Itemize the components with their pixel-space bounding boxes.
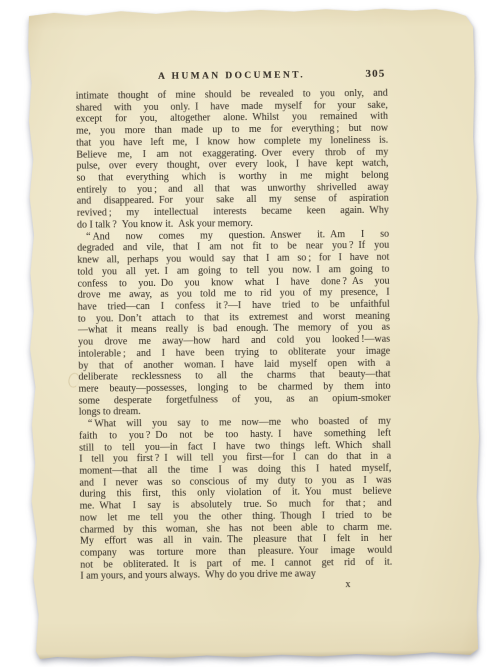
paragraph: intimate thought of mine should be revea… xyxy=(76,88,389,232)
book-page: A HUMAN DOCUMENT. 305 intimate thought o… xyxy=(26,7,482,661)
page-number: 305 xyxy=(365,68,385,80)
signature-mark: x xyxy=(345,579,350,590)
running-header-title: A HUMAN DOCUMENT. xyxy=(75,70,387,83)
paragraph: “ And now comes my question. Answer it. … xyxy=(77,228,391,418)
scanned-book-page-photo: A HUMAN DOCUMENT. 305 intimate thought o… xyxy=(26,7,482,661)
page-body: intimate thought of mine should be revea… xyxy=(76,88,393,583)
paragraph: “ What will you say to me now—me who boa… xyxy=(79,416,393,583)
running-head: A HUMAN DOCUMENT. 305 xyxy=(75,70,387,88)
